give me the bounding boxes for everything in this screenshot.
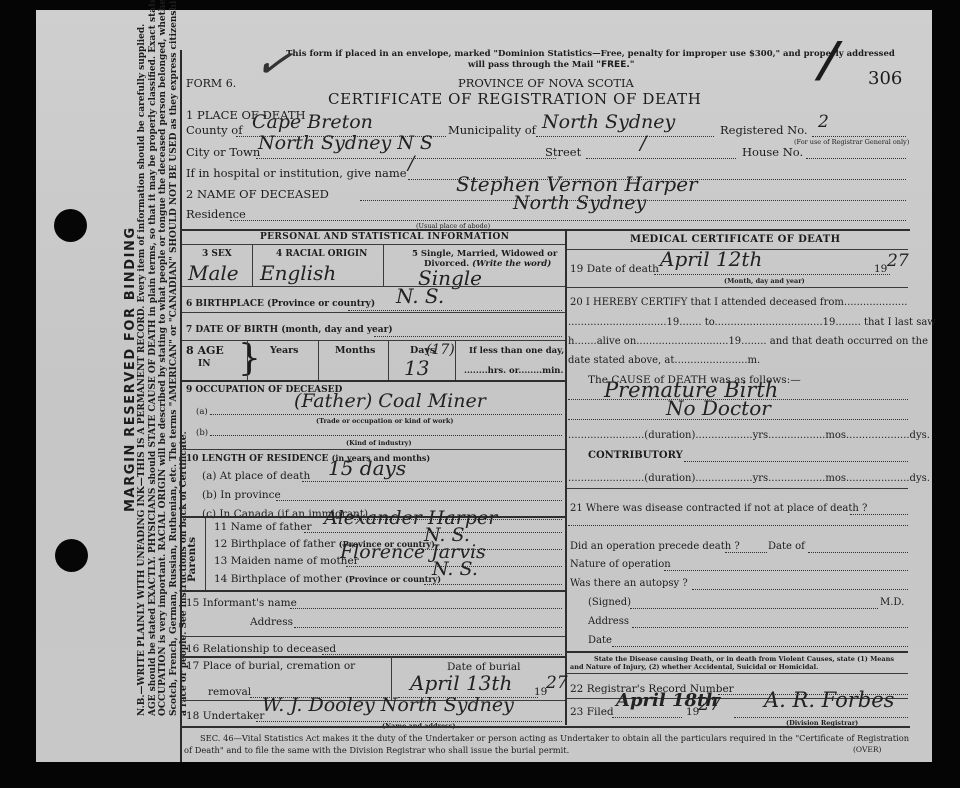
hospital-value: / <box>408 152 414 174</box>
mother-birthplace-title: 14 Birthplace of mother <box>214 573 342 585</box>
postage-free-label: "FREE." <box>596 60 634 70</box>
age-divider-4 <box>455 340 456 381</box>
occupation-b-hint: (Kind of industry) <box>346 439 412 447</box>
birthplace-label: 6 BIRTHPLACE (Province or country) <box>186 299 375 309</box>
certify-line-4[interactable]: date stated above, at...................… <box>568 355 760 366</box>
margin-note-line: Scotch, French, German, Russian, Rutheni… <box>169 0 180 716</box>
father-name-label: 11 Name of father <box>214 521 312 533</box>
death-year-value: 27 <box>887 251 909 271</box>
margin-binding-title: MARGIN RESERVED FOR BINDING <box>123 226 138 512</box>
rule-instructions <box>567 673 908 674</box>
instructions-note: State the Disease causing Death, or in d… <box>570 655 906 671</box>
informant-address-label: Address <box>250 616 293 628</box>
page-number: 306 <box>868 68 902 89</box>
age-label: 8 AGE <box>186 344 224 357</box>
undertaker-label: 18 Undertaker <box>186 710 264 722</box>
birthplace-field[interactable] <box>348 301 562 311</box>
over-label: (OVER) <box>853 745 881 754</box>
certificate-title: CERTIFICATE OF REGISTRATION OF DEATH <box>328 90 701 108</box>
rule-parents <box>182 590 565 592</box>
marital-status-label: 5 Single, Married, Widowed or <box>412 249 557 259</box>
rule-row-8 <box>182 380 565 382</box>
dob-field[interactable] <box>374 327 562 337</box>
rule-16 <box>182 656 565 658</box>
medical-heading: MEDICAL CERTIFICATE OF DEATH <box>630 234 841 245</box>
postage-notice-line2: will pass through the Mail "FREE." <box>468 60 634 70</box>
rule-19 <box>567 287 908 288</box>
months-label: Months <box>335 345 375 356</box>
disease-contracted-label: 21 Where was disease contracted if not a… <box>570 503 867 514</box>
operation-date-label: Date of <box>768 541 805 552</box>
birthplace-title: 6 BIRTHPLACE <box>186 299 264 309</box>
binding-hole-top <box>54 209 87 242</box>
province-name: PROVINCE OF NOVA SCOTIA <box>458 76 634 90</box>
sex-label: 3 SEX <box>202 249 232 259</box>
age-divider-1 <box>247 340 248 381</box>
rule-row-3 <box>182 286 565 287</box>
margin-note-line: N.B.—WRITE PLAINLY WITH UNFADING INK—THI… <box>137 0 148 716</box>
operation-nature-field[interactable] <box>664 559 908 571</box>
relationship-field[interactable] <box>322 643 562 655</box>
burial-removal-label: removal <box>208 686 251 698</box>
informant-name-label: 15 Informant's name <box>186 597 297 609</box>
age-in-label: IN <box>198 359 210 369</box>
physician-date-label: Date <box>588 635 612 646</box>
disease-contracted-field[interactable] <box>850 503 908 515</box>
rule-bottom <box>180 726 910 728</box>
registrar-signature: A. R. Forbes <box>764 688 894 712</box>
occupation-a-value: (Father) Coal Miner <box>294 390 486 412</box>
municipality-label: Municipality of <box>448 123 536 137</box>
burial-place-label: 17 Place of burial, cremation or <box>186 660 355 672</box>
operation-date-field[interactable] <box>808 541 908 553</box>
rule-row-6 <box>182 312 565 313</box>
contributory-duration[interactable]: ........................(duration)......… <box>568 473 930 484</box>
death-date-hint: (Month, day and year) <box>724 277 805 285</box>
age-divider-2 <box>318 340 319 381</box>
birthplace-value: N. S. <box>396 284 444 308</box>
undertaker-value: W. J. Dooley North Sydney <box>262 694 514 716</box>
physician-date-field[interactable] <box>612 635 908 647</box>
autopsy-label: Was there an autopsy ? <box>570 578 688 589</box>
racial-marital-divider <box>383 244 384 286</box>
dob-title: 7 DATE OF BIRTH <box>186 325 278 335</box>
hospital-label: If in hospital or institution, give name <box>186 166 407 180</box>
city-label: City or Town <box>186 145 260 159</box>
rule-15 <box>182 636 565 637</box>
physician-address-field[interactable] <box>632 616 908 628</box>
mother-birthplace-value: N. S. <box>432 558 478 580</box>
relationship-label: 16 Relationship to deceased <box>186 643 336 655</box>
form-number: FORM 6. <box>186 77 236 90</box>
contributory-field[interactable] <box>684 450 908 462</box>
residence-a-value: 15 days <box>328 456 406 480</box>
dob-label: 7 DATE OF BIRTH (month, day and year) <box>186 325 393 335</box>
occupation-b-field[interactable] <box>210 426 562 436</box>
contributory-label: CONTRIBUTORY <box>588 450 683 461</box>
autopsy-field[interactable] <box>692 578 908 590</box>
operation-label: Did an operation precede death ? <box>570 541 740 552</box>
days-value: 13 <box>404 356 429 380</box>
house-number-label: House No. <box>742 145 803 159</box>
margin-note-line: AGE should be stated EXACTLY. PHYSICIANS… <box>148 0 159 716</box>
certify-line-1: 20 I HEREBY CERTIFY that I attended dece… <box>570 297 907 308</box>
divider-top <box>180 229 910 231</box>
occupation-b-label: (b) <box>196 428 208 438</box>
age-brace: } <box>238 338 261 379</box>
residence-a-label: (a) At place of death <box>202 470 310 482</box>
years-label: Years <box>270 345 299 356</box>
rule-signed <box>567 651 908 653</box>
postage-notice: This form if placed in an envelope, mark… <box>286 49 895 59</box>
residence-b-field[interactable] <box>276 489 562 501</box>
sec46-line-1: SEC. 46—Vital Statistics Act makes it th… <box>200 733 909 743</box>
physician-address-label: Address <box>588 616 629 627</box>
street-value: / <box>640 132 646 154</box>
signed-field[interactable] <box>630 597 878 609</box>
hrs-min-field[interactable]: ........hrs. or........min. <box>464 366 563 376</box>
filed-label: 23 Filed <box>570 706 614 718</box>
signed-label: (Signed) <box>588 597 631 608</box>
cause-duration[interactable]: ........................(duration)......… <box>568 430 930 441</box>
mother-name-label: 13 Maiden name of mother <box>214 555 359 567</box>
parents-divider <box>205 518 206 590</box>
operation-nature-label: Nature of operation <box>570 559 671 570</box>
death-year-prefix: 19 <box>874 263 887 275</box>
father-birthplace-title: 12 Birthplace of father <box>214 538 335 550</box>
residence-value: North Sydney <box>513 192 646 214</box>
occupation-a-hint: (Trade or occupation or kind of work) <box>316 417 453 425</box>
residence-b-label: (b) In province <box>202 489 281 501</box>
deceased-name-label: 2 NAME OF DECEASED <box>186 187 329 201</box>
municipality-value: North Sydney <box>542 111 675 133</box>
informant-name-field[interactable] <box>290 597 562 609</box>
certify-line-3[interactable]: h.......alive on........................… <box>568 336 928 347</box>
informant-address-field[interactable] <box>294 616 562 628</box>
days-note: (17) <box>426 342 455 358</box>
street-field[interactable] <box>586 145 736 159</box>
death-date-label: 19 Date of death <box>570 263 659 275</box>
sex-racial-divider <box>252 244 253 286</box>
rule-row-9 <box>182 449 565 450</box>
margin-note-line: OCCUPATION is very important. RACIAL ORI… <box>158 0 169 716</box>
parents-side-label: Parents <box>186 537 198 582</box>
personal-heading-rule <box>182 244 565 245</box>
rule-20 <box>567 488 908 489</box>
registered-number-value: 2 <box>818 112 829 132</box>
age-divider-3 <box>388 340 389 381</box>
operation-field[interactable] <box>725 541 767 553</box>
death-date-value: April 12th <box>660 247 762 271</box>
sex-value: Male <box>188 261 239 285</box>
sec46-line-2: of Death" and to file the same with the … <box>184 745 569 755</box>
county-label: County of <box>186 123 243 137</box>
certify-line-2[interactable]: ...............................19.......… <box>568 317 936 328</box>
street-label: Street <box>545 145 581 159</box>
binding-hole-bottom <box>55 539 88 572</box>
occupation-a-label: (a) <box>196 407 208 417</box>
md-label: M.D. <box>880 597 904 608</box>
racial-origin-label: 4 RACIAL ORIGIN <box>276 249 367 259</box>
cause-line-2-value: No Doctor <box>666 396 771 420</box>
burial-date-value: April 13th <box>410 671 512 695</box>
house-number-field[interactable] <box>806 145 906 159</box>
racial-origin-value: English <box>260 261 336 285</box>
burial-year-value: 27 <box>546 673 568 693</box>
residence-length-title: 10 LENGTH OF RESIDENCE <box>186 454 328 464</box>
disease-contracted-field-2[interactable] <box>568 516 908 526</box>
postage-notice-text: will pass through the Mail <box>468 60 593 70</box>
registered-number-label: Registered No. <box>720 123 808 137</box>
less-than-day-label: If less than one day, <box>469 346 564 356</box>
city-value: North Sydney N S <box>258 132 433 154</box>
filed-year-value: 27 <box>698 694 721 715</box>
personal-heading: PERSONAL AND STATISTICAL INFORMATION <box>260 232 509 242</box>
mother-birthplace-label: 14 Birthplace of mother (Province or cou… <box>214 573 441 585</box>
county-value: Cape Breton <box>252 111 373 133</box>
marital-hint: (Write the word) <box>472 259 551 269</box>
father-name-value: Alexander Harper <box>324 507 497 529</box>
